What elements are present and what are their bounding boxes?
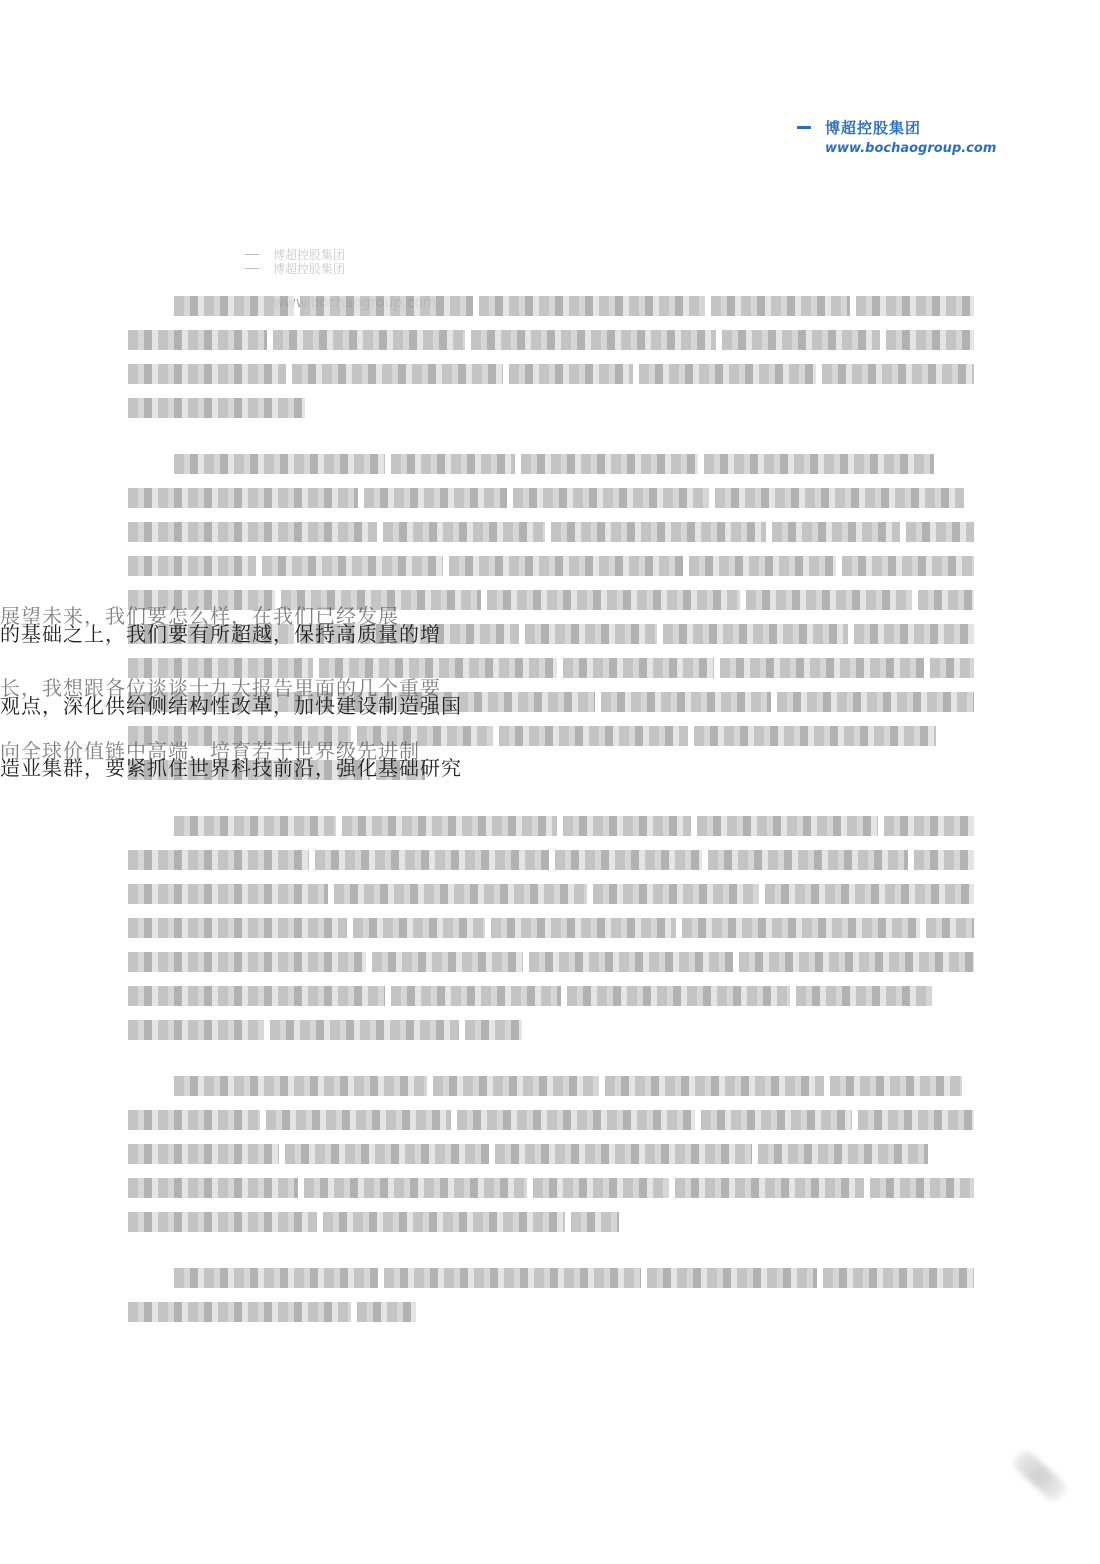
pixelated-text-line: [128, 1076, 976, 1096]
pixelated-text-line: [128, 986, 976, 1006]
pixelated-text-line: [128, 1144, 976, 1164]
overlay-text-3b: 造业集群，要紧抓住世界科技前沿，强化基础研究: [0, 752, 462, 781]
page-curl-mark: [1010, 1448, 1069, 1504]
paragraph: [128, 1268, 976, 1322]
pixelated-text-line: [128, 454, 976, 474]
pixelated-text-line: [128, 1302, 976, 1322]
document-body: [128, 296, 976, 1358]
pixelated-text-line: [128, 556, 976, 576]
pixelated-text-line: [128, 330, 976, 350]
pixelated-text-line: [128, 488, 976, 508]
paragraph: [128, 296, 976, 418]
document-header: 博超控股集团 www.bochaogroup.com: [797, 117, 996, 156]
company-name: 博超控股集团: [825, 117, 921, 138]
pixelated-text-line: [128, 918, 976, 938]
header-dash-mark: [797, 126, 811, 129]
pixelated-text-line: [128, 296, 976, 316]
pixelated-text-line: [128, 884, 976, 904]
overlay-text-1b: 的基础之上，我们要有所超越，保持高质量的增: [0, 618, 441, 647]
pixelated-text-line: [128, 522, 976, 542]
overlay-text-2b: 观点，深化供给侧结构性改革，加快建设制造强国: [0, 690, 462, 719]
paragraph: [128, 1076, 976, 1232]
watermark-company-2: 博超控股集团: [273, 260, 345, 277]
pixelated-text-line: [128, 1212, 976, 1232]
pixelated-text-line: [128, 1268, 976, 1288]
paragraph: [128, 816, 976, 1040]
company-website: www.bochaogroup.com: [825, 141, 996, 156]
pixelated-text-line: [128, 1178, 976, 1198]
pixelated-text-line: [128, 364, 976, 384]
pixelated-text-line: [128, 398, 976, 418]
pixelated-text-line: [128, 850, 976, 870]
pixelated-text-line: [128, 1110, 976, 1130]
pixelated-text-line: [128, 952, 976, 972]
pixelated-text-line: [128, 1020, 976, 1040]
pixelated-text-line: [128, 816, 976, 836]
